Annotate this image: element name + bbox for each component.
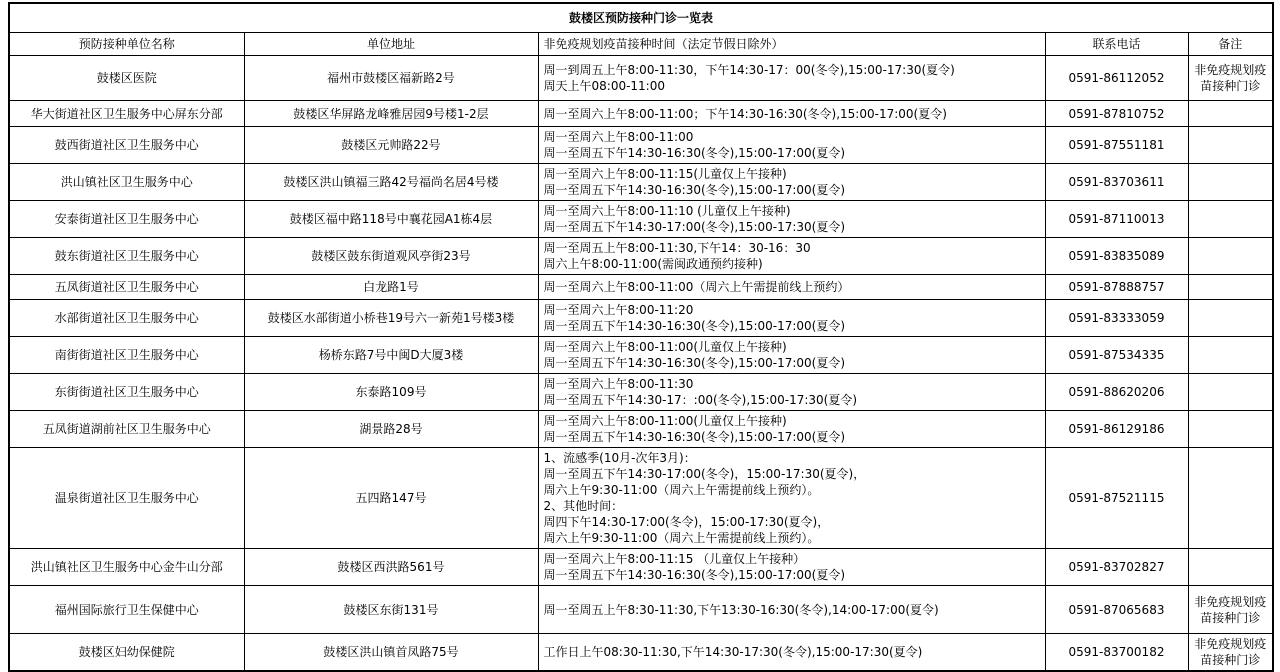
table-body: 鼓楼区医院 福州市鼓楼区福新路2号 周一到周五上午8:00-11:30，下午14… [9,56,1273,672]
cell-vaccine-time: 周一至周六上午8:00-11:00 周一至周五下午14:30-16:30(冬令)… [538,127,1045,164]
cell-note [1188,275,1273,300]
cell-note [1188,164,1273,201]
cell-unit-name: 水部街道社区卫生服务中心 [9,300,244,337]
header-row: 预防接种单位名称 单位地址 非免疫规划疫苗接种时间（法定节假日除外） 联系电话 … [9,33,1273,56]
cell-unit-address: 鼓楼区东街131号 [244,586,538,634]
cell-unit-name: 南街街道社区卫生服务中心 [9,337,244,374]
cell-note [1188,238,1273,275]
cell-phone: 0591-87888757 [1045,275,1188,300]
cell-unit-address: 杨桥东路7号中闽D大厦3楼 [244,337,538,374]
header-vaccine-time: 非免疫规划疫苗接种时间（法定节假日除外） [538,33,1045,56]
cell-vaccine-time: 周一至周六上午8:00-11:15 （儿童仅上午接种） 周一至周五下午14:30… [538,549,1045,586]
cell-unit-address: 五四路147号 [244,448,538,549]
cell-unit-name: 洪山镇社区卫生服务中心金牛山分部 [9,549,244,586]
cell-phone: 0591-87065683 [1045,586,1188,634]
cell-note [1188,300,1273,337]
cell-unit-name: 五凤街道湖前社区卫生服务中心 [9,411,244,448]
cell-vaccine-time: 1、流感季(10月-次年3月)： 周一至周五下午14:30-17:00(冬令)，… [538,448,1045,549]
cell-note [1188,448,1273,549]
cell-note: 非免疫规划疫苗接种门诊 [1188,634,1273,672]
cell-note: 非免疫规划疫苗接种门诊 [1188,586,1273,634]
cell-note [1188,374,1273,411]
cell-vaccine-time: 工作日上午08:30-11:30,下午14:30-17:30(冬令),15:00… [538,634,1045,672]
cell-unit-name: 温泉街道社区卫生服务中心 [9,448,244,549]
cell-unit-address: 鼓楼区华屏路龙峰雅居园9号楼1-2层 [244,101,538,127]
cell-unit-address: 鼓楼区水部街道小桥巷19号六一新苑1号楼3楼 [244,300,538,337]
cell-note [1188,411,1273,448]
header-unit-address: 单位地址 [244,33,538,56]
cell-phone: 0591-83333059 [1045,300,1188,337]
cell-phone: 0591-86112052 [1045,56,1188,101]
cell-vaccine-time: 周一至周五上午8:00-11:30,下午14：30-16：30 周六上午8:00… [538,238,1045,275]
cell-phone: 0591-83700182 [1045,634,1188,672]
header-note: 备注 [1188,33,1273,56]
cell-note [1188,127,1273,164]
cell-unit-name: 华大街道社区卫生服务中心屏东分部 [9,101,244,127]
cell-note [1188,337,1273,374]
cell-unit-name: 安泰街道社区卫生服务中心 [9,201,244,238]
cell-unit-name: 鼓楼区妇幼保健院 [9,634,244,672]
cell-vaccine-time: 周一至周五上午8:30-11:30,下午13:30-16:30(冬令),14:0… [538,586,1045,634]
page-title: 鼓楼区预防接种门诊一览表 [9,3,1273,33]
header-unit-name: 预防接种单位名称 [9,33,244,56]
title-row: 鼓楼区预防接种门诊一览表 [9,3,1273,33]
cell-phone: 0591-83702827 [1045,549,1188,586]
table-row: 水部街道社区卫生服务中心 鼓楼区水部街道小桥巷19号六一新苑1号楼3楼 周一至周… [9,300,1273,337]
cell-phone: 0591-83835089 [1045,238,1188,275]
table-row: 鼓东街道社区卫生服务中心 鼓楼区鼓东街道观风亭街23号 周一至周五上午8:00-… [9,238,1273,275]
cell-note [1188,101,1273,127]
table-row: 鼓楼区医院 福州市鼓楼区福新路2号 周一到周五上午8:00-11:30，下午14… [9,56,1273,101]
cell-unit-name: 鼓东街道社区卫生服务中心 [9,238,244,275]
cell-unit-address: 鼓楼区西洪路561号 [244,549,538,586]
cell-unit-name: 鼓楼区医院 [9,56,244,101]
cell-vaccine-time: 周一至周六上午8:00-11:15(儿童仅上午接种) 周一至周五下午14:30-… [538,164,1045,201]
table-row: 五凤街道湖前社区卫生服务中心 湖景路28号 周一至周六上午8:00-11:00(… [9,411,1273,448]
cell-vaccine-time: 周一至周六上午8:00-11:30 周一至周五下午14:30-17：:00(冬令… [538,374,1045,411]
table-row: 温泉街道社区卫生服务中心 五四路147号 1、流感季(10月-次年3月)： 周一… [9,448,1273,549]
cell-unit-name: 福州国际旅行卫生保健中心 [9,586,244,634]
cell-vaccine-time: 周一至周六上午8:00-11:00；下午14:30-16:30(冬令),15:0… [538,101,1045,127]
cell-vaccine-time: 周一至周六上午8:00-11:00（周六上午需提前线上预约） [538,275,1045,300]
cell-unit-address: 鼓楼区元帅路22号 [244,127,538,164]
table-row: 南街街道社区卫生服务中心 杨桥东路7号中闽D大厦3楼 周一至周六上午8:00-1… [9,337,1273,374]
cell-unit-address: 鼓楼区福中路118号中襄花园A1栋4层 [244,201,538,238]
table-row: 洪山镇社区卫生服务中心金牛山分部 鼓楼区西洪路561号 周一至周六上午8:00-… [9,549,1273,586]
cell-note [1188,549,1273,586]
table-row: 福州国际旅行卫生保健中心 鼓楼区东街131号 周一至周五上午8:30-11:30… [9,586,1273,634]
cell-unit-name: 鼓西街道社区卫生服务中心 [9,127,244,164]
cell-phone: 0591-86129186 [1045,411,1188,448]
cell-note: 非免疫规划疫苗接种门诊 [1188,56,1273,101]
cell-unit-address: 东泰路109号 [244,374,538,411]
cell-unit-address: 鼓楼区鼓东街道观风亭街23号 [244,238,538,275]
cell-phone: 0591-87534335 [1045,337,1188,374]
cell-unit-name: 洪山镇社区卫生服务中心 [9,164,244,201]
cell-note [1188,201,1273,238]
cell-unit-address: 鼓楼区洪山镇首凤路75号 [244,634,538,672]
cell-vaccine-time: 周一至周六上午8:00-11:10 (儿童仅上午接种) 周一至周五下午14:30… [538,201,1045,238]
cell-vaccine-time: 周一至周六上午8:00-11:20 周一至周五下午14:30-16:30(冬令)… [538,300,1045,337]
cell-vaccine-time: 周一至周六上午8:00-11:00(儿童仅上午接种) 周一至周五下午14:30-… [538,337,1045,374]
table-row: 鼓楼区妇幼保健院 鼓楼区洪山镇首凤路75号 工作日上午08:30-11:30,下… [9,634,1273,672]
cell-vaccine-time: 周一到周五上午8:00-11:30，下午14:30-17：00(冬令),15:0… [538,56,1045,101]
table-row: 华大街道社区卫生服务中心屏东分部 鼓楼区华屏路龙峰雅居园9号楼1-2层 周一至周… [9,101,1273,127]
cell-unit-address: 湖景路28号 [244,411,538,448]
cell-phone: 0591-87110013 [1045,201,1188,238]
cell-phone: 0591-87810752 [1045,101,1188,127]
cell-vaccine-time: 周一至周六上午8:00-11:00(儿童仅上午接种) 周一至周五下午14:30-… [538,411,1045,448]
table-row: 鼓西街道社区卫生服务中心 鼓楼区元帅路22号 周一至周六上午8:00-11:00… [9,127,1273,164]
cell-unit-name: 五凤街道社区卫生服务中心 [9,275,244,300]
cell-phone: 0591-88620206 [1045,374,1188,411]
cell-phone: 0591-87521115 [1045,448,1188,549]
document-sheet: 鼓楼区预防接种门诊一览表 预防接种单位名称 单位地址 非免疫规划疫苗接种时间（法… [0,0,1280,656]
cell-unit-name: 东街街道社区卫生服务中心 [9,374,244,411]
table-row: 洪山镇社区卫生服务中心 鼓楼区洪山镇福三路42号福尚名居4号楼 周一至周六上午8… [9,164,1273,201]
table-row: 东街街道社区卫生服务中心 东泰路109号 周一至周六上午8:00-11:30 周… [9,374,1273,411]
cell-phone: 0591-87551181 [1045,127,1188,164]
cell-unit-address: 鼓楼区洪山镇福三路42号福尚名居4号楼 [244,164,538,201]
cell-phone: 0591-83703611 [1045,164,1188,201]
header-phone: 联系电话 [1045,33,1188,56]
cell-unit-address: 福州市鼓楼区福新路2号 [244,56,538,101]
table-row: 安泰街道社区卫生服务中心 鼓楼区福中路118号中襄花园A1栋4层 周一至周六上午… [9,201,1273,238]
cell-unit-address: 白龙路1号 [244,275,538,300]
vaccination-clinics-table: 鼓楼区预防接种门诊一览表 预防接种单位名称 单位地址 非免疫规划疫苗接种时间（法… [8,2,1274,672]
table-row: 五凤街道社区卫生服务中心 白龙路1号 周一至周六上午8:00-11:00（周六上… [9,275,1273,300]
